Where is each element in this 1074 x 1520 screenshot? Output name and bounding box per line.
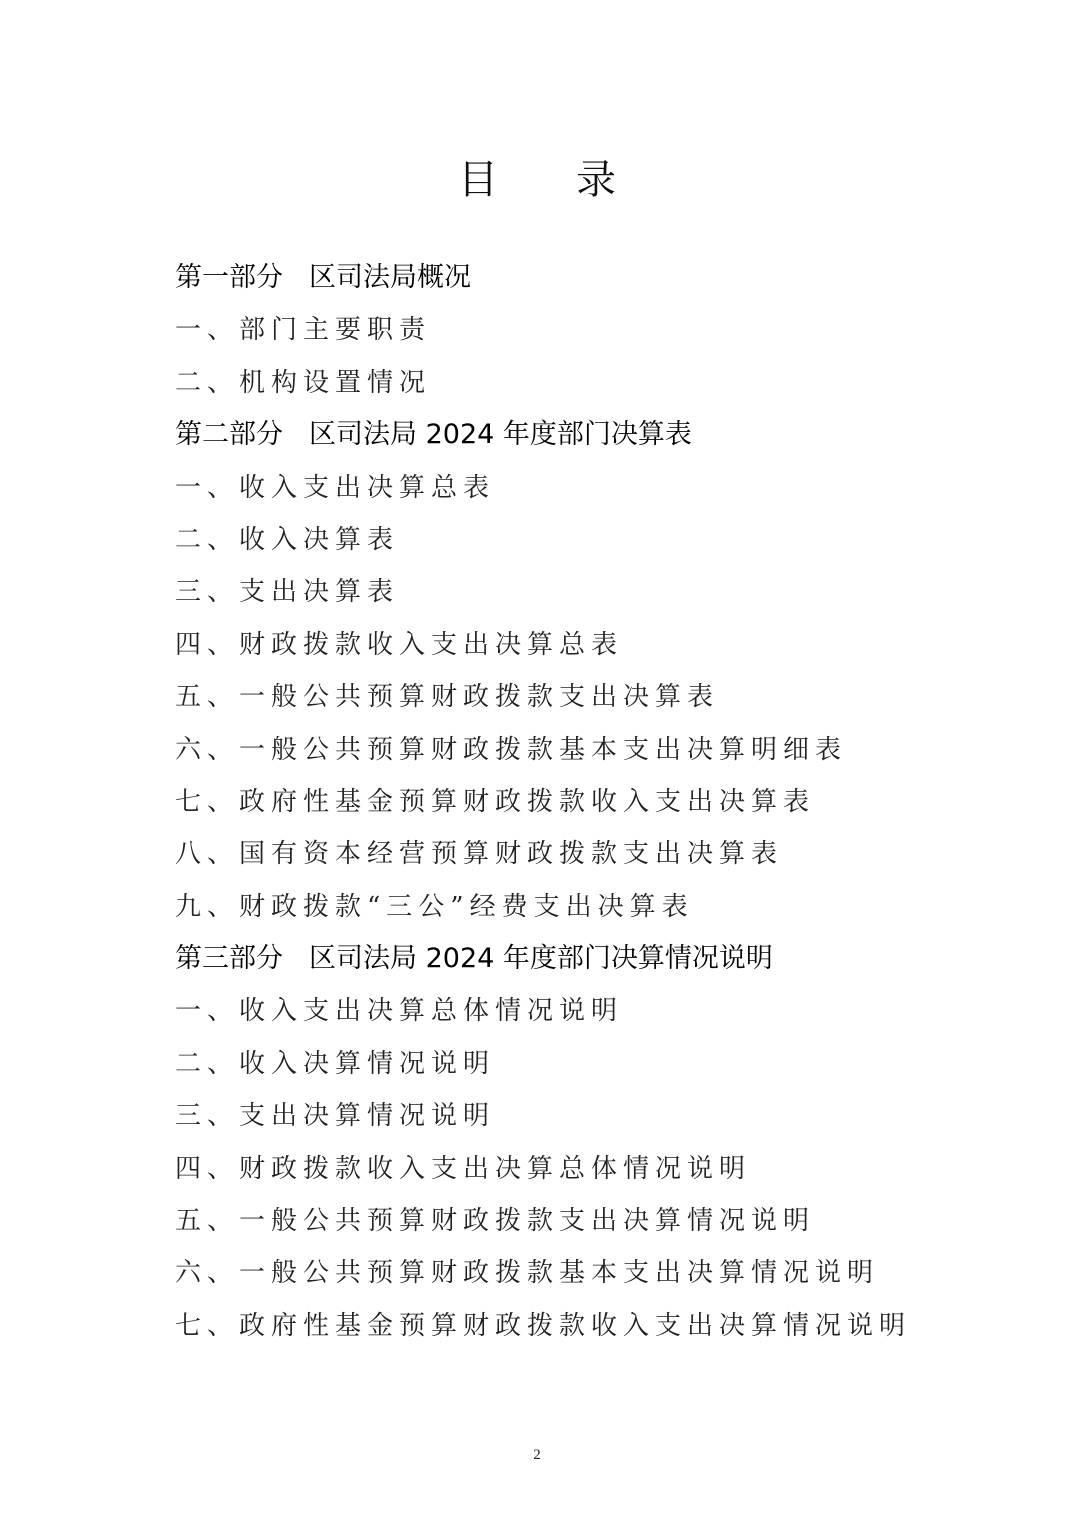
toc-item[interactable]: 六、一般公共预算财政拨款基本支出决算明细表: [175, 724, 975, 776]
toc-item[interactable]: 一、部门主要职责: [175, 304, 975, 356]
document-page: 目录 第一部分区司法局概况 一、部门主要职责 二、机构设置情况 第二部分区司法局…: [0, 0, 1074, 1520]
page-number: 2: [0, 1447, 1074, 1464]
toc-item[interactable]: 四、财政拨款收入支出决算总表: [175, 619, 975, 671]
toc-item[interactable]: 七、政府性基金预算财政拨款收入支出决算表: [175, 776, 975, 828]
toc-item[interactable]: 九、财政拨款“三公”经费支出决算表: [175, 881, 975, 933]
toc-part-1-heading[interactable]: 第一部分区司法局概况: [175, 252, 975, 304]
toc-part-3-heading[interactable]: 第三部分区司法局 2024 年度部门决算情况说明: [175, 933, 975, 985]
toc-item[interactable]: 六、一般公共预算财政拨款基本支出决算情况说明: [175, 1247, 975, 1299]
toc-part-2-heading[interactable]: 第二部分区司法局 2024 年度部门决算表: [175, 409, 975, 461]
toc-item[interactable]: 一、收入支出决算总体情况说明: [175, 985, 975, 1037]
toc-item[interactable]: 二、机构设置情况: [175, 357, 975, 409]
part-title: 区司法局 2024 年度部门决算表: [309, 419, 692, 450]
toc-item[interactable]: 三、支出决算情况说明: [175, 1090, 975, 1142]
page-title: 目录: [0, 152, 1074, 208]
part-title: 区司法局概况: [309, 262, 471, 293]
table-of-contents: 第一部分区司法局概况 一、部门主要职责 二、机构设置情况 第二部分区司法局 20…: [175, 252, 975, 1352]
title-char-left: 目: [458, 152, 498, 208]
toc-item[interactable]: 八、国有资本经营预算财政拨款支出决算表: [175, 828, 975, 880]
toc-item[interactable]: 二、收入决算情况说明: [175, 1038, 975, 1090]
toc-item[interactable]: 四、财政拨款收入支出决算总体情况说明: [175, 1143, 975, 1195]
part-label: 第三部分: [175, 933, 283, 985]
toc-item[interactable]: 五、一般公共预算财政拨款支出决算情况说明: [175, 1195, 975, 1247]
toc-item[interactable]: 七、政府性基金预算财政拨款收入支出决算情况说明: [175, 1300, 975, 1352]
part-label: 第二部分: [175, 409, 283, 461]
title-char-right: 录: [576, 152, 616, 208]
toc-item[interactable]: 二、收入决算表: [175, 514, 975, 566]
part-label: 第一部分: [175, 252, 283, 304]
toc-item[interactable]: 一、收入支出决算总表: [175, 462, 975, 514]
part-title: 区司法局 2024 年度部门决算情况说明: [309, 943, 773, 974]
toc-item[interactable]: 五、一般公共预算财政拨款支出决算表: [175, 671, 975, 723]
toc-item[interactable]: 三、支出决算表: [175, 566, 975, 618]
